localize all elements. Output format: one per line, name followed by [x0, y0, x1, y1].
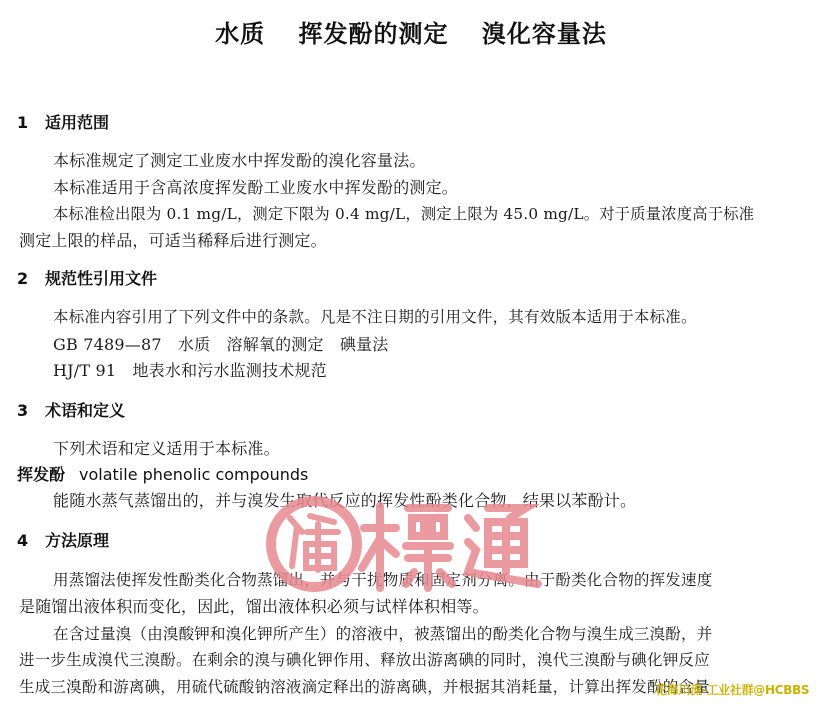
section-heading-4: 4方法原理: [17, 528, 109, 551]
term-chinese: 挥发酚: [17, 465, 65, 484]
section-title: 术语和定义: [45, 401, 125, 420]
paragraph-continuation: 测定上限的样品，可适当稀释后进行测定。: [19, 228, 327, 251]
section-heading-2: 2规范性引用文件: [17, 266, 157, 289]
section-title: 规范性引用文件: [45, 269, 157, 288]
section-heading-1: 1适用范围: [17, 110, 109, 133]
reference-item: HJ/T 91 地表水和污水监测技术规范: [53, 358, 327, 381]
corner-watermark: 花海川流-工业社群@HCBBS: [655, 681, 809, 698]
section-title: 适用范围: [45, 113, 109, 132]
term-entry: 挥发酚volatile phenolic compounds: [17, 462, 308, 485]
section-number: 3: [17, 401, 45, 420]
paragraph: 本标准检出限为 0.1 mg/L，测定下限为 0.4 mg/L，测定上限为 45…: [53, 202, 754, 224]
section-number: 4: [17, 531, 45, 550]
title-part-3: 溴化容量法: [482, 20, 607, 48]
title-part-1: 水质: [215, 20, 265, 48]
page-title: 水质 挥发酚的测定 溴化容量法: [0, 14, 822, 49]
paragraph: 在含过量溴（由溴酸钾和溴化钾所产生）的溶液中，被蒸馏出的酚类化合物与溴生成三溴酚…: [53, 622, 712, 644]
term-definition: 能随水蒸气蒸馏出的，并与溴发生取代反应的挥发性酚类化合物，结果以苯酚计。: [53, 488, 636, 511]
paragraph: 本标准内容引用了下列文件中的条款。凡是不注日期的引用文件，其有效版本适用于本标准…: [53, 305, 697, 327]
paragraph: 下列术语和定义适用于本标准。: [53, 436, 280, 459]
section-number: 1: [17, 113, 45, 132]
document-page: 水质 挥发酚的测定 溴化容量法 1适用范围 本标准规定了测定工业废水中挥发酚的溴…: [0, 0, 822, 704]
paragraph: 本标准适用于含高浓度挥发酚工业废水中挥发酚的测定。: [53, 175, 458, 198]
section-title: 方法原理: [45, 531, 109, 550]
paragraph: 本标准规定了测定工业废水中挥发酚的溴化容量法。: [53, 148, 426, 171]
paragraph: 用蒸馏法使挥发性酚类化合物蒸馏出，并与干扰物质和固定剂分离。由于酚类化合物的挥发…: [53, 568, 712, 590]
paragraph-continuation: 生成三溴酚和游离碘，用硫代硫酸钠溶液滴定释出的游离碘，并根据其消耗量，计算出挥发…: [19, 675, 710, 697]
reference-item: GB 7489—87 水质 溶解氧的测定 碘量法: [53, 332, 389, 355]
paragraph-continuation: 是随馏出液体积而变化，因此，馏出液体积必须与试样体积相等。: [19, 594, 489, 617]
title-part-2: 挥发酚的测定: [299, 20, 449, 48]
paragraph-continuation: 进一步生成溴代三溴酚。在剩余的溴与碘化钾作用、释放出游离碘的同时，溴代三溴酚与碘…: [19, 648, 710, 670]
section-heading-3: 3术语和定义: [17, 398, 125, 421]
term-english: volatile phenolic compounds: [79, 465, 308, 484]
section-number: 2: [17, 269, 45, 288]
